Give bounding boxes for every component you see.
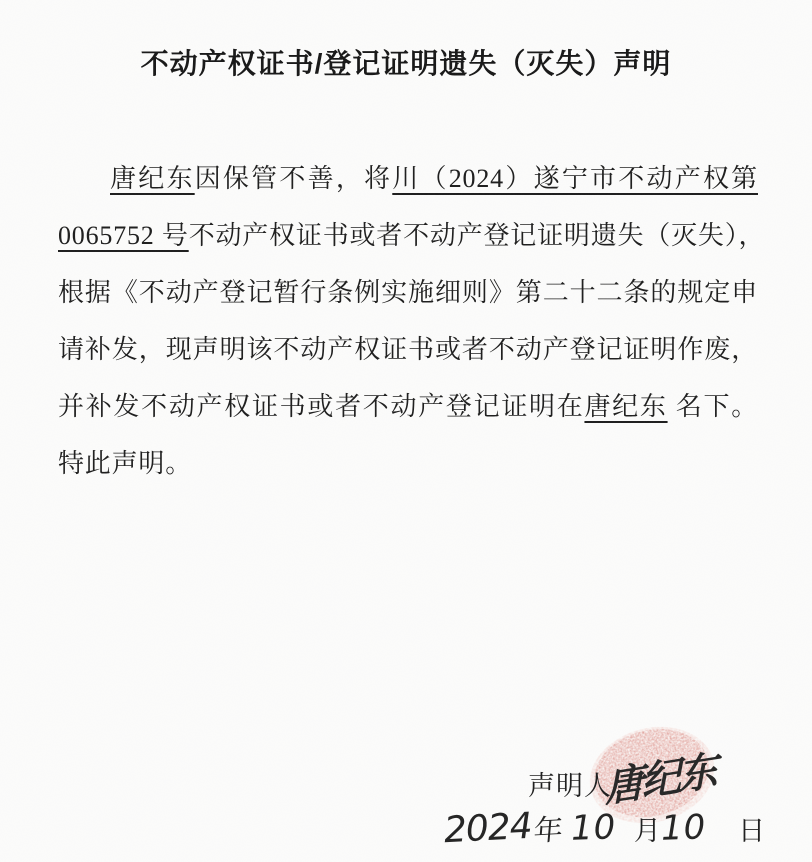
month-unit-character: 月 [634,809,661,848]
handwritten-date-line: 2024年10月10日 [444,800,765,856]
handwritten-month: 10 [570,807,617,849]
year-unit-character: 年 [532,807,565,849]
signature-block: 声明人： 唐纪东 2024年10月10日 [0,0,812,862]
document-page: 不动产权证书/登记证明遗失（灭失）声明 唐纪东因保管不善，将川（2024）遂宁市… [0,0,812,862]
day-unit-character: 日 [738,809,765,848]
handwritten-year: 2024 [443,805,533,851]
handwritten-day: 10 [660,807,707,849]
